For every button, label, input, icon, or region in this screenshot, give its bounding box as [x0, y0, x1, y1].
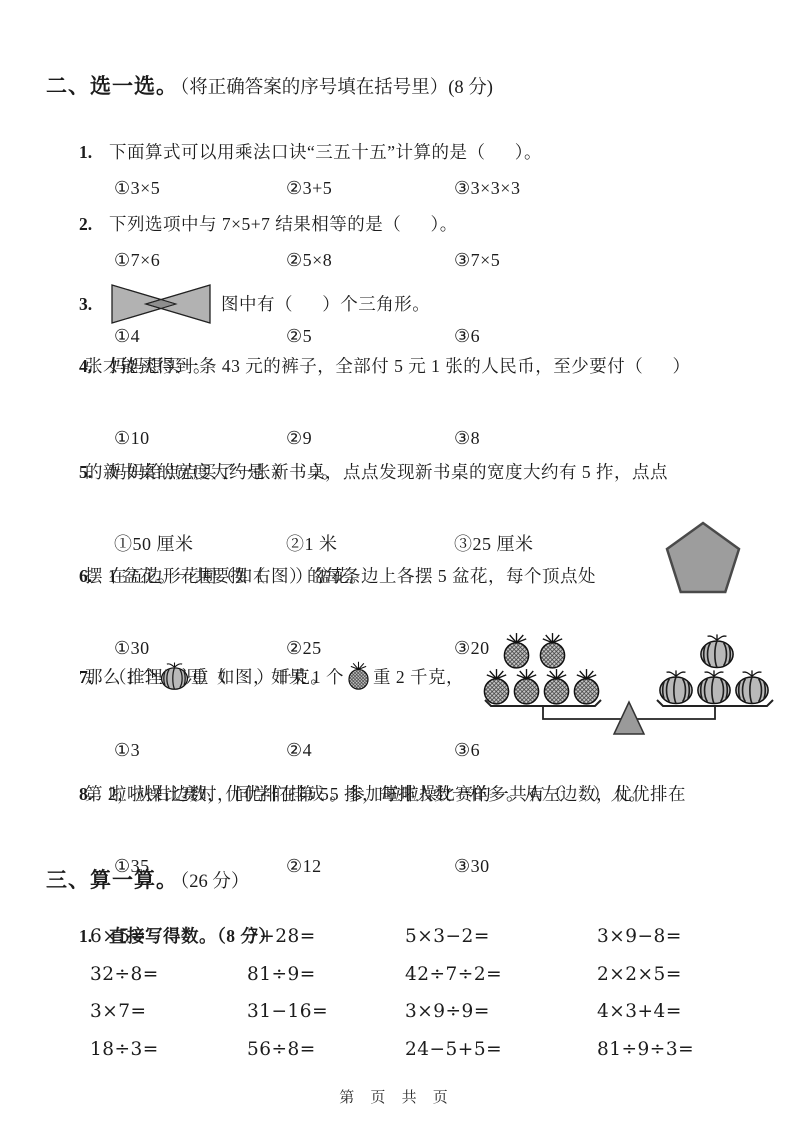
question-text-part-b: 重（ ）千克。: [191, 667, 328, 687]
arith-expression: 4×3+4=: [597, 993, 770, 1031]
pumpkin-icon: [660, 670, 692, 703]
pineapple-icon: [574, 669, 598, 704]
pineapple-icon: [544, 669, 568, 704]
arith-expression: 24−5+5=: [405, 1031, 597, 1069]
exam-page: 二、选一选。（将正确答案的序号填在括号里）(8 分) 1.下面算式可以用乘法口诀…: [0, 0, 793, 1122]
question-1: 1.下面算式可以用乘法口诀“三五十五”计算的是（ ）。 ①3×5②3+5③3×3…: [0, 98, 793, 170]
pineapple-icon: [346, 661, 371, 690]
arith-expression: 2×2×5=: [597, 956, 770, 994]
question-1-text-line: 1.下面算式可以用乘法口诀“三五十五”计算的是（ ）。: [0, 98, 793, 134]
arith-expression: 7+28=: [247, 918, 405, 956]
question-text-part-a: 那么 1 个: [85, 667, 158, 687]
question-text: 下列选项中与 7×5+7 结果相等的是（ ）。: [109, 214, 458, 234]
question-5: 5.妈妈给点点买了一张新书桌，点点发现新书桌的宽度大约有 5 拃，点点 的新书桌…: [0, 418, 793, 526]
arith-expression: 3×7=: [90, 993, 247, 1031]
question-3-text-line: 3. 图中有（ ）个三角形。: [0, 238, 793, 282]
section-choose-title: 二、选一选。: [46, 74, 178, 98]
pumpkin-icon: [160, 661, 189, 690]
question-4-options: ①10②9③8: [90, 384, 793, 420]
question-2-text-line: 2.下列选项中与 7×5+7 结果相等的是（ ）。: [0, 170, 793, 206]
arith-expression: 18÷3=: [90, 1031, 247, 1069]
question-text: 下面算式可以用乘法口诀“三五十五”计算的是（ ）。: [109, 142, 542, 162]
arith-expression: 81÷9÷3=: [597, 1031, 770, 1069]
balance-scale-figure: [477, 614, 783, 736]
pineapple-icon: [514, 669, 538, 704]
question-number: 1.: [79, 134, 109, 170]
pumpkin-icon: [698, 670, 730, 703]
pumpkin-icon: [701, 634, 733, 667]
question-8: 8.啦啦操比赛时，同学们排成 5 排，每排人数一样多。从左边数，优优排在 第 2…: [0, 740, 793, 848]
question-4: 4.妈妈想买一条 43 元的裤子，全部付 5 元 1 张的人民币，至少要付（ ）…: [0, 312, 793, 420]
arith-expression: 42÷7÷2=: [405, 956, 597, 994]
question-5-line-1: 5.妈妈给点点买了一张新书桌，点点发现新书桌的宽度大约有 5 拃，点点: [0, 418, 793, 454]
pentagon-figure: [664, 520, 742, 600]
section-choose-subtitle: （将正确答案的序号填在括号里）(8 分): [180, 78, 493, 98]
arith-expression: 5×3−2=: [405, 918, 597, 956]
arith-expression: 3×9÷9=: [405, 993, 597, 1031]
question-text-part-b: 重 2 千克，: [373, 667, 464, 687]
calc-sub1-header: 1.直接写得数。（8 分）: [0, 882, 793, 918]
arith-expression: 32÷8=: [90, 956, 247, 994]
pineapple-icon: [504, 633, 528, 668]
question-8-line-1: 8.啦啦操比赛时，同学们排成 5 排，每排人数一样多。从左边数，优优排在: [0, 740, 793, 776]
question-number: 2.: [79, 206, 109, 242]
question-3: 3. 图中有（ ）个三角形。 ①4②5③6: [0, 238, 793, 318]
question-8-line-2: 第 2，从右边数，优优排在第 5。参加啦啦操比赛的一共有（ ）人。: [85, 776, 793, 812]
arith-expression: 81÷9=: [247, 956, 405, 994]
calc-sub1-line: 1.直接写得数。（8 分）: [0, 882, 793, 918]
option-3: ③30: [454, 848, 490, 884]
question-8-options: ①35②12③30: [90, 812, 793, 848]
question-2: 2.下列选项中与 7×5+7 结果相等的是（ ）。 ①7×6②5×8③7×5: [0, 170, 793, 242]
question-text: 图中有（ ）个三角形。: [221, 294, 430, 314]
pineapple-icon: [484, 669, 508, 704]
arith-expression: 6×5=: [90, 918, 247, 956]
arith-expression: 3×9−8=: [597, 918, 770, 956]
pumpkin-icon: [736, 670, 768, 703]
question-4-line-1: 4.妈妈想买一条 43 元的裤子，全部付 5 元 1 张的人民币，至少要付（ ）: [0, 312, 793, 348]
arith-expression: 56÷8=: [247, 1031, 405, 1069]
option-2: ②12: [286, 848, 454, 884]
pineapple-icon: [540, 633, 564, 668]
arith-expression: 31−16=: [247, 993, 405, 1031]
page-footer: 第 页 共 页: [0, 1086, 793, 1107]
arithmetic-grid: 6×5= 7+28= 5×3−2= 3×9−8= 32÷8= 81÷9= 42÷…: [90, 918, 770, 1068]
